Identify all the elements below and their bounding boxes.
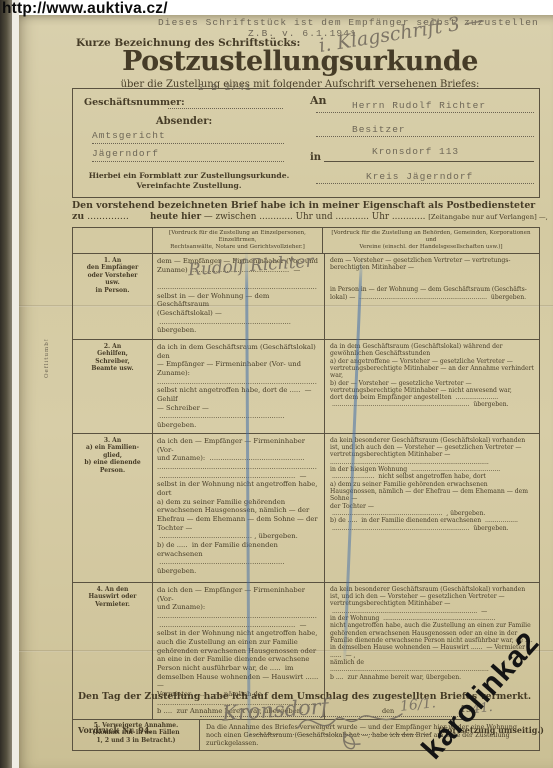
intro-bracket-note: [Zeitangabe nur auf Verlangen] —, xyxy=(428,213,548,221)
table-row-3-left-text: da ich den — Empfänger — Firmeninhaber (… xyxy=(153,434,325,582)
delivery-table: [Vordruck für die Zustellung an Einzelpe… xyxy=(72,227,540,751)
table-row-3-right-text: da kein besonderer Geschäftsraum (Geschä… xyxy=(325,434,539,582)
case-number-value: 2 B 2/41 xyxy=(198,82,252,93)
sender-label: Absender: xyxy=(84,116,284,127)
recipient-in-label: in xyxy=(310,152,321,163)
table-header-left-column: [Vordruck für die Zustellung an Einzelpe… xyxy=(153,228,323,253)
sender-line-2: Jägerndorf xyxy=(92,148,284,162)
recipient-line-2-rule xyxy=(316,125,534,137)
table-header-side-spacer xyxy=(73,228,153,253)
table-row-1-side-label: 1. An den Empfänger oder Vorsteher usw. … xyxy=(73,254,153,339)
scan-edge-shadow xyxy=(0,0,12,768)
page-title: Postzustellungsurkunde xyxy=(90,46,510,77)
case-number-line xyxy=(168,96,283,109)
intro-heute-hier: heute hier xyxy=(150,212,201,222)
signature-rule xyxy=(250,726,430,735)
form-number: Vordruck Nr. 94. xyxy=(78,725,152,735)
recipient-line-1-rule xyxy=(316,101,534,113)
intro-line-2: heute hier — zwischen ............ Uhr u… xyxy=(72,212,553,222)
table-row-2-side-label: 2. An Gehilfen, Schreiber, Beamte usw. xyxy=(73,340,153,433)
formblatt-note-line2: Vereinfachte Zustellung. xyxy=(84,181,294,190)
table-row-3-side-label: 3. An a) ein Familien- glied, b) eine di… xyxy=(73,434,153,582)
table-row-3: 3. An a) ein Familien- glied, b) eine di… xyxy=(73,433,539,582)
table-header-row: [Vordruck für die Zustellung an Einzelpe… xyxy=(73,228,539,253)
scanned-document-page: http://www.auktiva.cz/ Dieses Schriftstü… xyxy=(0,0,553,768)
sender-line-1: Amtsgericht xyxy=(92,130,284,144)
auction-site-watermark: http://www.auktiva.cz/ xyxy=(2,0,168,18)
formblatt-note-line1: Hierbei ein Formblatt zur Zustellungsurk… xyxy=(84,172,294,181)
scan-edge-white xyxy=(12,0,19,768)
recipient-in-rule xyxy=(324,150,534,162)
table-row-2-left-text: da ich in dem Geschäftsraum (Geschäftslo… xyxy=(153,340,325,433)
table-row-2: 2. An Gehilfen, Schreiber, Beamte usw. d… xyxy=(73,339,539,433)
table-header-right-column: [Vordruck für die Zustellung an Behörden… xyxy=(323,228,539,253)
recipient-line-4-rule xyxy=(316,172,534,184)
margin-printer-mark: Oeflitumb! xyxy=(44,338,50,378)
intro-uhr-segment: — zwischen ............ Uhr und ........… xyxy=(201,212,428,222)
